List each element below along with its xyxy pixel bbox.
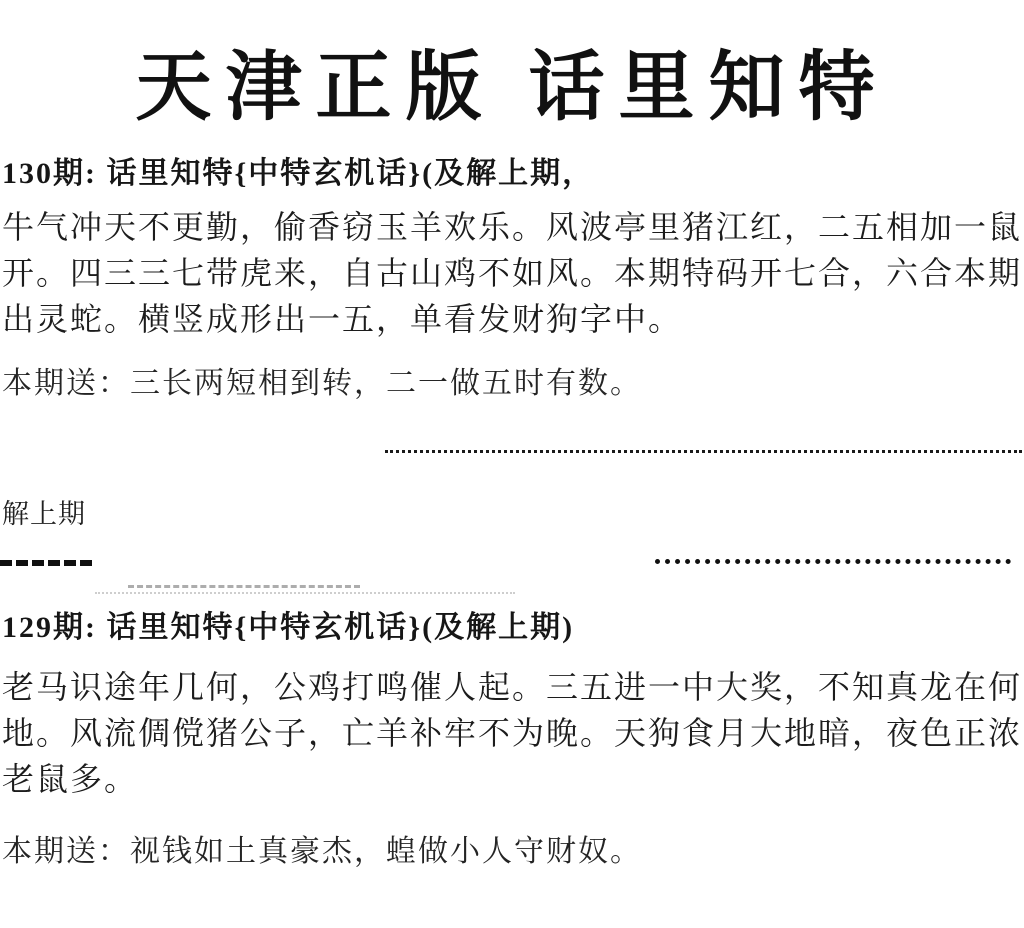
period-130-heading: 130期: 话里知特{中特玄机话}(及解上期， bbox=[2, 148, 1024, 192]
faded-text-artifact bbox=[128, 585, 360, 588]
dashed-separator-left bbox=[0, 560, 92, 566]
dotted-separator bbox=[385, 450, 1022, 453]
faded-text-artifact-secondary bbox=[95, 592, 515, 594]
period-129-gift-line: 本期送：视钱如土真豪杰，蝗做小人守财奴。 bbox=[2, 826, 642, 870]
previous-period-note: 解上期 bbox=[2, 492, 86, 531]
dotted-separator-right bbox=[655, 559, 1011, 564]
period-130-gift-line: 本期送：三长两短相到转，二一做五时有数。 bbox=[2, 358, 642, 402]
period-130-riddle-text: 牛气冲天不更勤，偷香窃玉羊欢乐。风波亭里猪江红，二五相加一鼠开。四三三七带虎来，… bbox=[2, 204, 1022, 342]
scanned-document-page: 天津正版 话里知特 130期: 话里知特{中特玄机话}(及解上期， 牛气冲天不更… bbox=[0, 0, 1024, 928]
period-129-heading: 129期: 话里知特{中特玄机话}(及解上期) bbox=[2, 602, 1024, 646]
period-129-riddle-text: 老马识途年几何，公鸡打鸣催人起。三五进一中大奖，不知真龙在何地。风流倜傥猪公子，… bbox=[2, 664, 1022, 802]
page-title: 天津正版 话里知特 bbox=[0, 26, 1024, 135]
